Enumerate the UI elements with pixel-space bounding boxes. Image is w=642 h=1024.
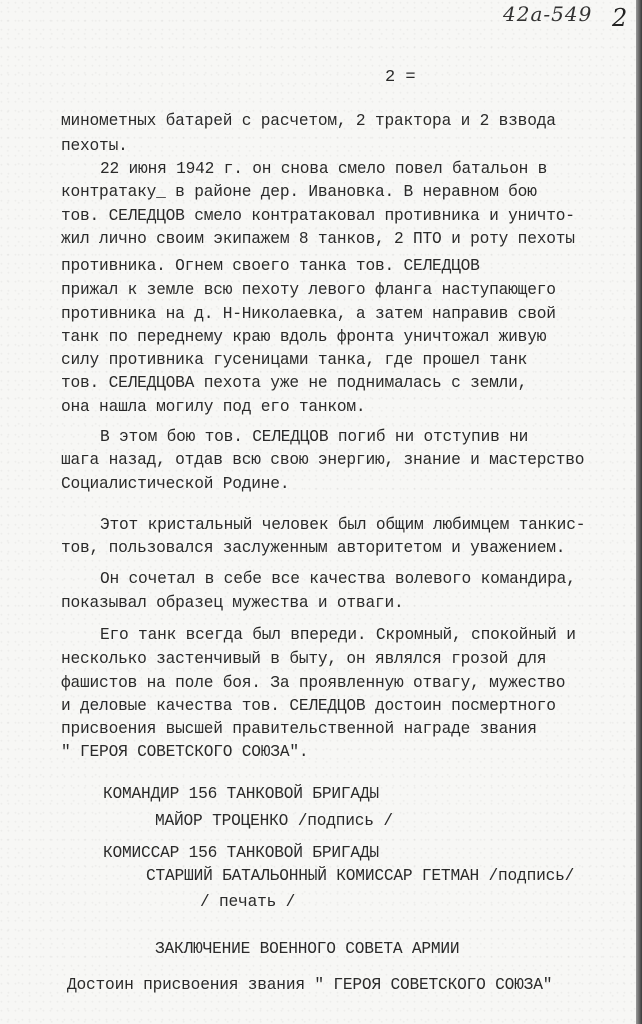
body-line: противника. Огнем своего танка тов. СЕЛЕ… — [61, 257, 480, 275]
commissar-title: КОМИССАР 156 ТАНКОВОЙ БРИГАДЫ — [103, 844, 379, 862]
commander-title: КОМАНДИР 156 ТАНКОВОЙ БРИГАДЫ — [103, 785, 379, 803]
body-line: противника на д. Н-Николаевка, а затем н… — [61, 305, 556, 323]
body-line: контратаку_ в районе дер. Ивановка. В не… — [61, 183, 537, 201]
page-number: 2 = — [385, 68, 416, 87]
body-line: " ГЕРОЯ СОВЕТСКОГО СОЮЗА". — [61, 743, 308, 761]
body-line: Он сочетал в себе все качества волевого … — [100, 570, 576, 588]
page-edge-shadow — [636, 0, 642, 1024]
body-line: силу противника гусеницами танка, где пр… — [61, 351, 527, 369]
body-line: тов. СЕЛЕДЦОВ смело контратаковал против… — [61, 207, 575, 225]
body-line: фашистов на поле боя. За проявленную отв… — [61, 674, 565, 692]
sheet-number: 2 — [612, 4, 627, 32]
body-line: пехоты. — [61, 137, 128, 155]
body-line: 22 июня 1942 г. он снова смело повел бат… — [100, 160, 547, 178]
body-line: Его танк всегда был впереди. Скромный, с… — [100, 626, 576, 644]
archive-number: 42а-549 — [503, 2, 592, 26]
body-line: несколько застенчивый в быту, он являлся… — [61, 650, 546, 668]
seal-note: / печать / — [200, 893, 295, 911]
body-line: шага назад, отдав всю свою энергию, знан… — [61, 451, 584, 469]
body-line: и деловые качества тов. СЕЛЕДЦОВ достоин… — [61, 697, 556, 715]
commander-name: МАЙОР ТРОЦЕНКО /подпись / — [155, 812, 393, 830]
conclusion-heading: ЗАКЛЮЧЕНИЕ ВОЕННОГО СОВЕТА АРМИИ — [155, 940, 459, 958]
document-page: 42а-549 2 2 = минометных батарей с расче… — [0, 0, 636, 1024]
conclusion-text: Достоин присвоения звания " ГЕРОЯ СОВЕТС… — [67, 976, 552, 994]
body-line: минометных батарей с расчетом, 2 трактор… — [61, 112, 556, 130]
body-line: показывал образец мужества и отваги. — [61, 594, 404, 612]
body-line: тов, пользовался заслуженным авторитетом… — [61, 539, 565, 557]
body-line: тов. СЕЛЕДЦОВА пехота уже не поднималась… — [61, 374, 527, 392]
body-line: Социалистической Родине. — [61, 475, 289, 493]
body-line: присвоения высшей правительственной нагр… — [61, 720, 537, 738]
commissar-name: СТАРШИЙ БАТАЛЬОННЫЙ КОМИССАР ГЕТМАН /под… — [146, 867, 574, 885]
body-line: она нашла могилу под его танком. — [61, 398, 365, 416]
body-line: танк по переднему краю вдоль фронта унич… — [61, 328, 546, 346]
body-line: прижал к земле всю пехоту левого фланга … — [61, 281, 556, 299]
body-line: Этот кристальный человек был общим любим… — [100, 516, 585, 534]
body-line: жил лично своим экипажем 8 танков, 2 ПТО… — [61, 230, 575, 248]
body-line: В этом бою тов. СЕЛЕДЦОВ погиб ни отступ… — [100, 428, 528, 446]
